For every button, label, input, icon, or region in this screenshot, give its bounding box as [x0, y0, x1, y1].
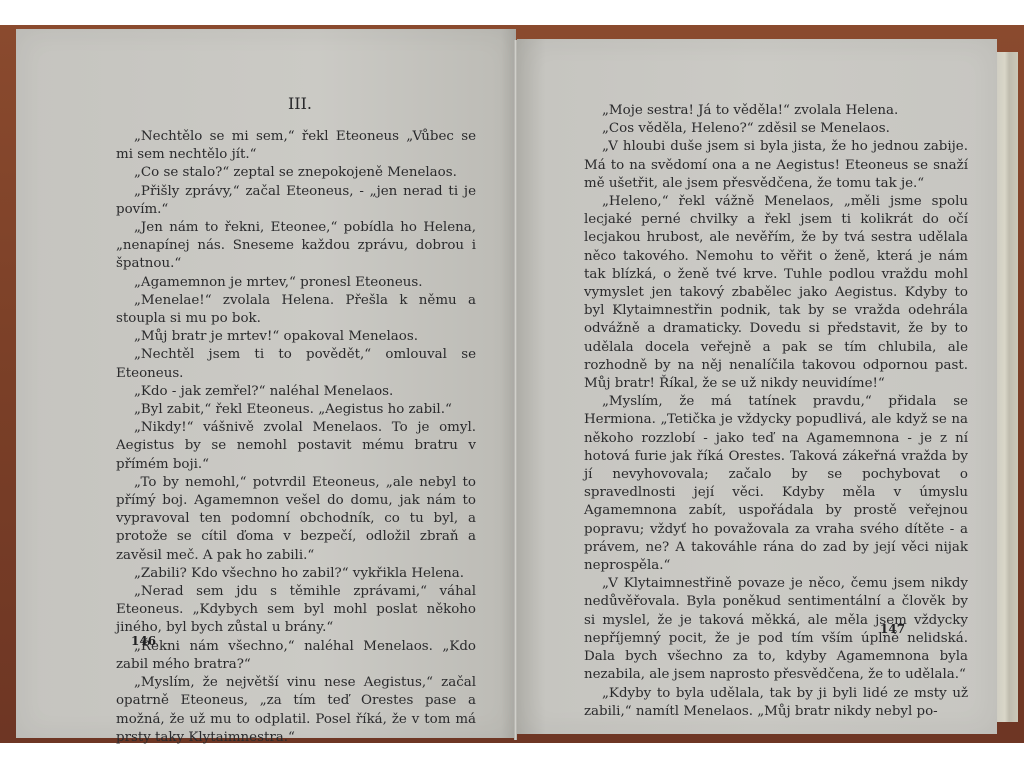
paragraph: „Menelae!“ zvolala Helena. Přešla k němu… — [116, 292, 476, 328]
paragraph: „Můj bratr je mrtev!“ opakoval Menelaos. — [116, 328, 476, 346]
paragraph: „Heleno,“ řekl vážně Menelaos, „měli jsm… — [584, 193, 968, 393]
paragraph: „Přišly zprávy,“ začal Eteoneus, - „jen … — [116, 183, 476, 219]
page-edges-stack — [995, 52, 1018, 722]
paragraph: „Zabili? Kdo všechno ho zabil?“ vykřikla… — [116, 565, 476, 583]
paragraph: „Cos věděla, Heleno?“ zděsil se Menelaos… — [584, 120, 968, 138]
chapter-heading: III. — [270, 94, 330, 113]
paragraph: „Agamemnon je mrtev,“ pronesl Eteoneus. — [116, 274, 476, 292]
paragraph: „V hloubi duše jsem si byla jista, že ho… — [584, 138, 968, 193]
paragraph: „Nechtělo se mi sem,“ řekl Eteoneus „Vůb… — [116, 128, 476, 164]
paragraph: „Nerad sem jdu s těmihle zprávami,“ váha… — [116, 583, 476, 638]
paragraph: „Jen nám to řekni, Eteonee,“ pobídla ho … — [116, 219, 476, 274]
paragraph: „V Klytaimnestřině povaze je něco, čemu … — [584, 575, 968, 684]
paragraph: „Byl zabit,“ řekl Eteoneus. „Aegistus ho… — [116, 401, 476, 419]
paragraph: „Řekni nám všechno,“ naléhal Menelaos. „… — [116, 638, 476, 674]
left-page-text: „Nechtělo se mi sem,“ řekl Eteoneus „Vůb… — [116, 128, 476, 747]
right-page-text: „Moje sestra! Já to věděla!“ zvolala Hel… — [584, 102, 968, 721]
paragraph: „Kdyby to byla udělala, tak by ji byli l… — [584, 685, 968, 721]
paragraph: „Nechtěl jsem ti to povědět,“ omlouval s… — [116, 346, 476, 382]
page-number-right: 147 — [880, 622, 905, 636]
page-number-left: 146 — [131, 634, 156, 648]
paragraph: „Moje sestra! Já to věděla!“ zvolala Hel… — [584, 102, 968, 120]
book-spine-gutter — [514, 40, 517, 740]
paragraph: „Myslím, že největší vinu nese Aegistus,… — [116, 674, 476, 747]
paragraph: „Co se stalo?“ zeptal se znepokojeně Men… — [116, 164, 476, 182]
paragraph: „Kdo - jak zemřel?“ naléhal Menelaos. — [116, 383, 476, 401]
paragraph: „To by nemohl,“ potvrdil Eteoneus, „ale … — [116, 474, 476, 565]
paragraph: „Nikdy!“ vášnivě zvolal Menelaos. To je … — [116, 419, 476, 474]
paragraph: „Myslím, že má tatínek pravdu,“ přidala … — [584, 393, 968, 575]
